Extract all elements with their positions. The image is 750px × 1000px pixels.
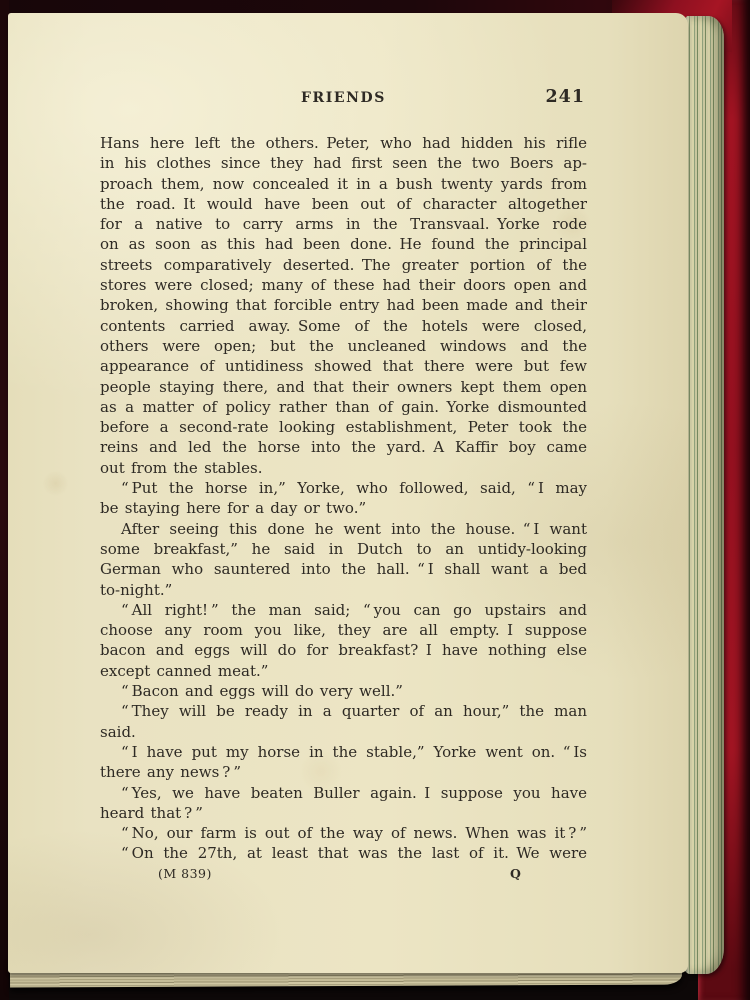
printer-signature: (M 839) bbox=[158, 866, 212, 881]
text-line: before a second-rate looking establishme… bbox=[100, 417, 587, 437]
text-line: for a native to carry arms in the Transv… bbox=[100, 214, 587, 234]
page-fore-edge bbox=[684, 16, 724, 974]
text-line: be staying here for a day or two.” bbox=[100, 498, 587, 518]
text-line: appearance of untidiness showed that the… bbox=[100, 356, 587, 376]
text-line: bacon and eggs will do for breakfast? I … bbox=[100, 640, 587, 660]
text-line: some breakfast,” he said in Dutch to an … bbox=[100, 539, 587, 559]
text-line: there any news ? ” bbox=[100, 762, 587, 782]
text-line: “ Bacon and eggs will do very well.” bbox=[100, 681, 587, 701]
text-line: out from the stables. bbox=[100, 458, 587, 478]
page-number: 241 bbox=[545, 87, 585, 107]
text-line: except canned meat.” bbox=[100, 661, 587, 681]
text-line: said. bbox=[100, 722, 587, 742]
text-line: choose any room you like, they are all e… bbox=[100, 620, 587, 640]
text-line: German who sauntered into the hall. “ I … bbox=[100, 559, 587, 579]
text-line: broken, showing that forcible entry had … bbox=[100, 295, 587, 315]
body-lines: Hans here left the others. Peter, who ha… bbox=[100, 133, 587, 864]
text-line: “ Yes, we have beaten Buller again. I su… bbox=[100, 783, 587, 803]
running-title: FRIENDS bbox=[100, 90, 587, 106]
text-line: “ On the 27th, at least that was the las… bbox=[100, 843, 587, 863]
text-line: to-night.” bbox=[100, 580, 587, 600]
text-line: as a matter of policy rather than of gai… bbox=[100, 397, 587, 417]
text-line: “ All right! ” the man said; “ you can g… bbox=[100, 600, 587, 620]
text-line: on as soon as this had been done. He fou… bbox=[100, 234, 587, 254]
text-line: others were open; but the uncleaned wind… bbox=[100, 336, 587, 356]
text-line: heard that ? ” bbox=[100, 803, 587, 823]
text-line: After seeing this done he went into the … bbox=[100, 519, 587, 539]
text-line: reins and led the horse into the yard. A… bbox=[100, 437, 587, 457]
gathering-letter: Q bbox=[510, 866, 521, 881]
text-line: “ No, our farm is out of the way of news… bbox=[100, 823, 587, 843]
text-line: “ I have put my horse in the stable,” Yo… bbox=[100, 742, 587, 762]
text-line: the road. It would have been out of char… bbox=[100, 194, 587, 214]
book-photo: FRIENDS 241 Hans here left the others. P… bbox=[0, 0, 750, 1000]
text-line: stores were closed; many of these had th… bbox=[100, 275, 587, 295]
page-footer: (M 839) Q bbox=[100, 866, 587, 886]
page-header: FRIENDS 241 bbox=[100, 90, 587, 112]
text-line: “ They will be ready in a quarter of an … bbox=[100, 701, 587, 721]
printed-text: FRIENDS 241 Hans here left the others. P… bbox=[100, 90, 587, 886]
text-line: proach them, now concealed it in a bush … bbox=[100, 174, 587, 194]
text-line: in his clothes since they had first seen… bbox=[100, 153, 587, 173]
text-line: streets comparatively deserted. The grea… bbox=[100, 255, 587, 275]
text-line: Hans here left the others. Peter, who ha… bbox=[100, 133, 587, 153]
text-line: people staying there, and that their own… bbox=[100, 377, 587, 397]
text-line: “ Put the horse in,” Yorke, who followed… bbox=[100, 478, 587, 498]
text-line: contents carried away. Some of the hotel… bbox=[100, 316, 587, 336]
